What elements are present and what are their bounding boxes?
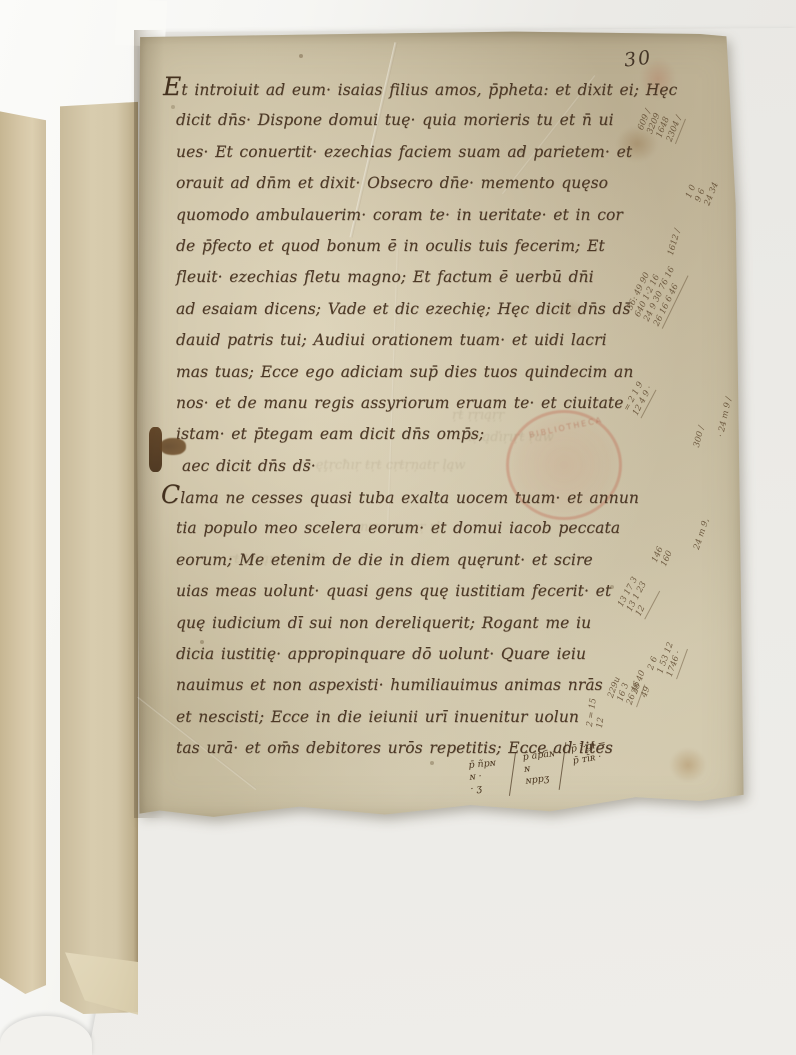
pen-trial: p̄ ī·ɡī = p̄ ᴛīʀ · <box>570 738 609 767</box>
pen-trial: p̄ ñpɴ ɴ · · ʒ <box>468 758 498 796</box>
pen-trial-divider <box>559 742 567 790</box>
pen-trial-divider <box>509 752 516 796</box>
pen-trial: p̄ āpāɴ ɴ ɴppʒ <box>522 748 559 787</box>
pen-trials-layer: p̄ ñpɴ ɴ · · ʒp̄ āpāɴ ɴ ɴppʒp̄ ī·ɡī = p̄… <box>0 0 796 1055</box>
manuscript-photo: BIBLIOTHECA ĩŗ ąďıŗıŗŧ ŗawnŧ ęţŗcħıŗ ŧŗŧ… <box>0 0 796 1055</box>
